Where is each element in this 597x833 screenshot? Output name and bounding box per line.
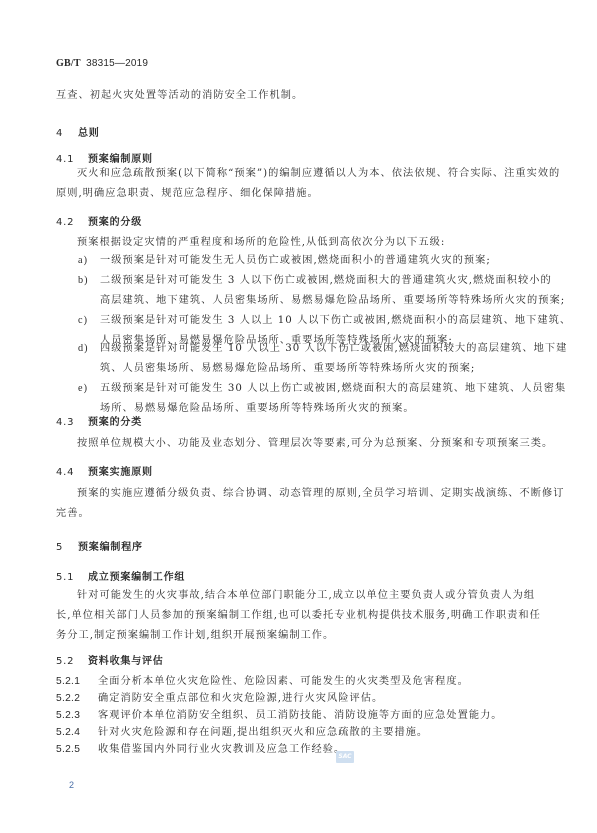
list-marker: c) <box>78 311 100 331</box>
sac-watermark-logo: SAC <box>336 751 354 763</box>
list-marker: a) <box>78 251 100 271</box>
paragraph-4-1-line1: 灭火和应急疏散预案(以下简称“预案”)的编制应遵循以人为本、依法依规、符合实际、… <box>56 164 531 184</box>
section-number: 4.3 <box>56 417 88 428</box>
section-4-1-heading: 4.1预案编制原则 <box>56 150 153 165</box>
item-text: 全面分析本单位火灾危险性、危险因素、可能发生的火灾类型及危害程度。 <box>98 676 469 687</box>
list-item-c: c)三级预案是针对可能发生 3 人以上 10 人以下伤亡或被困,燃烧面积小的高层… <box>78 311 571 331</box>
list-text: 场所、易燃易爆危险品场所、重要场所等特殊场所火灾的预案。 <box>100 399 415 419</box>
list-marker: e) <box>78 379 100 399</box>
section-title: 预案的分类 <box>88 417 142 428</box>
section-number: 4.4 <box>56 467 88 478</box>
standard-header: GB/T 38315—2019 <box>56 58 148 69</box>
section-5-1-heading: 5.1成立预案编制工作组 <box>56 568 185 583</box>
section-number: 4 <box>56 128 78 139</box>
section-5-heading: 5预案编制程序 <box>56 538 143 553</box>
item-text: 收集借鉴国内外同行业火灾教训及应急工作经验。 <box>98 744 345 755</box>
item-text: 客观评价本单位消防安全组织、员工消防技能、消防设施等方面的应急处置能力。 <box>98 710 503 721</box>
section-4-heading: 4总则 <box>56 124 100 139</box>
paragraph-5-1-line3: 务分工,制定预案编制工作计划,组织开展预案编制工作。 <box>56 626 531 646</box>
list-text: 四级预案是针对可能发生 10 人以上 30 人以下伤亡或被困,燃烧面积较大的高层… <box>100 339 567 359</box>
item-text: 确定消防安全重点部位和火灾危险源,进行火灾风险评估。 <box>98 693 383 704</box>
list-text: 三级预案是针对可能发生 3 人以上 10 人以下伤亡或被困,燃烧面积小的高层建筑… <box>100 311 571 331</box>
list-text: 五级预案是针对可能发生 30 人以上伤亡或被困,燃烧面积大的高层建筑、地下建筑、… <box>100 379 566 399</box>
paragraph-5-1-line1: 针对可能发生的火灾事故,结合本单位部门职能分工,成立以单位主要负责人或分管负责人… <box>56 586 531 606</box>
section-number: 5.1 <box>56 572 88 583</box>
list-text: 二级预案是针对可能发生 3 人以下伤亡或被困,燃烧面积大的普通建筑火灾,燃烧面积… <box>100 271 552 291</box>
section-4-4-heading: 4.4预案实施原则 <box>56 463 153 478</box>
standard-code: 38315—2019 <box>86 58 148 69</box>
list-marker: b) <box>78 271 100 291</box>
list-text: 高层建筑、地下建筑、人员密集场所、易燃易爆危险品场所、重要场所等特殊场所火灾的预… <box>100 291 565 311</box>
standard-prefix: GB/T <box>56 58 81 69</box>
list-text: 一级预案是针对可能发生无人员伤亡或被困,燃烧面积小的普通建筑火灾的预案; <box>100 251 491 271</box>
list-item-b-cont: 高层建筑、地下建筑、人员密集场所、易燃易爆危险品场所、重要场所等特殊场所火灾的预… <box>78 291 565 311</box>
item-5-2-5: 5.2.5收集借鉴国内外同行业火灾教训及应急工作经验。 <box>56 740 345 760</box>
item-text: 针对火灾危险源和存在问题,提出组织灭火和应急疏散的主要措施。 <box>98 727 428 738</box>
section-4-2-heading: 4.2预案的分级 <box>56 213 142 228</box>
item-number: 5.2.5 <box>56 740 98 760</box>
list-item-b: b)二级预案是针对可能发生 3 人以下伤亡或被困,燃烧面积大的普通建筑火灾,燃烧… <box>78 271 552 291</box>
continuation-text: 互查、初起火灾处置等活动的消防安全工作机制。 <box>56 86 531 106</box>
section-title: 预案实施原则 <box>88 467 153 478</box>
list-item-a: a)一级预案是针对可能发生无人员伤亡或被困,燃烧面积小的普通建筑火灾的预案; <box>78 251 491 271</box>
section-title: 预案编制程序 <box>78 542 143 553</box>
paragraph-4-1-line2: 原则,明确应急职责、规范应急程序、细化保障措施。 <box>56 184 531 204</box>
paragraph-4-3: 按照单位规模大小、功能及业态划分、管理层次等要素,可分为总预案、分预案和专项预案… <box>56 434 531 454</box>
paragraph-4-4-line1: 预案的实施应遵循分级负责、综合协调、动态管理的原则,全员学习培训、定期实战演练、… <box>56 484 531 504</box>
page-number: 2 <box>69 780 74 790</box>
list-item-d-cont: 筑、人员密集场所、易燃易爆危险品场所、重要场所等特殊场所火灾的预案; <box>78 359 475 379</box>
list-item-d-line1: d)四级预案是针对可能发生 10 人以上 30 人以下伤亡或被困,燃烧面积较大的… <box>78 339 567 359</box>
section-number: 4.2 <box>56 217 88 228</box>
section-title: 资料收集与评估 <box>88 656 164 667</box>
section-number: 5.2 <box>56 656 88 667</box>
paragraph-4-2-intro: 预案根据设定灾情的严重程度和场所的危险性,从低到高依次分为以下五级: <box>56 233 531 253</box>
document-page: GB/T 38315—2019 互查、初起火灾处置等活动的消防安全工作机制。 4… <box>0 0 597 833</box>
list-marker: d) <box>78 339 100 359</box>
paragraph-5-1-line2: 长,单位相关部门人员参加的预案编制工作组,也可以委托专业机构提供技术服务,明确工… <box>56 606 531 626</box>
section-title: 预案的分级 <box>88 217 142 228</box>
list-text: 筑、人员密集场所、易燃易爆危险品场所、重要场所等特殊场所火灾的预案; <box>100 359 475 379</box>
section-5-2-heading: 5.2资料收集与评估 <box>56 652 164 667</box>
section-number: 5 <box>56 542 78 553</box>
section-title: 总则 <box>78 128 100 139</box>
list-item-e: e)五级预案是针对可能发生 30 人以上伤亡或被困,燃烧面积大的高层建筑、地下建… <box>78 379 566 399</box>
section-4-3-heading: 4.3预案的分类 <box>56 413 142 428</box>
section-title: 成立预案编制工作组 <box>88 572 185 583</box>
paragraph-4-4-line2: 完善。 <box>56 504 531 524</box>
